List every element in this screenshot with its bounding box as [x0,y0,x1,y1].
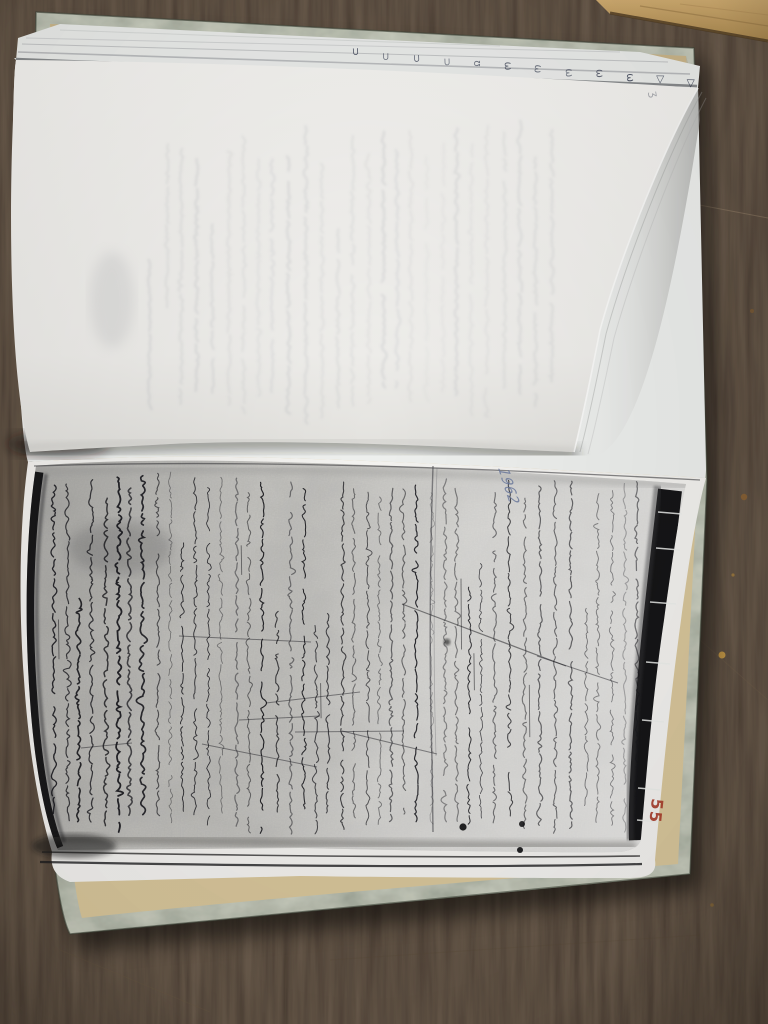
edge-mark: ▷ [654,75,666,84]
underline-stroke [461,579,462,650]
edge-mark: ω [502,61,514,70]
manuscript-page: 55 1962 [0,430,768,882]
edge-mark: ʊ [471,60,483,67]
archive-book-photo: ⊃⊃⊃⊃ʊωωωωω▷▷ [0,0,768,1024]
edge-mark: ω [563,68,575,78]
underline-stroke [241,545,242,575]
page-number-55: 55 [645,798,667,825]
underline-stroke [59,620,60,660]
edge-mark: ⊃ [349,47,362,57]
edge-mark: ω [593,69,605,78]
edge-mark: ⊃ [410,54,422,63]
underline-stroke [474,653,475,690]
pencil-smudge [90,252,134,348]
edge-mark: ⊃ [380,52,392,61]
edge-mark: ⊃ [441,57,453,66]
edge-mark: ω [532,64,545,74]
underline-stroke [321,683,322,718]
bottom-left-blot [32,834,116,858]
underline-stroke [529,685,530,737]
edge-mark: ▷ [685,79,697,88]
edge-mark: ω [624,73,637,83]
underline-stroke [641,719,642,748]
